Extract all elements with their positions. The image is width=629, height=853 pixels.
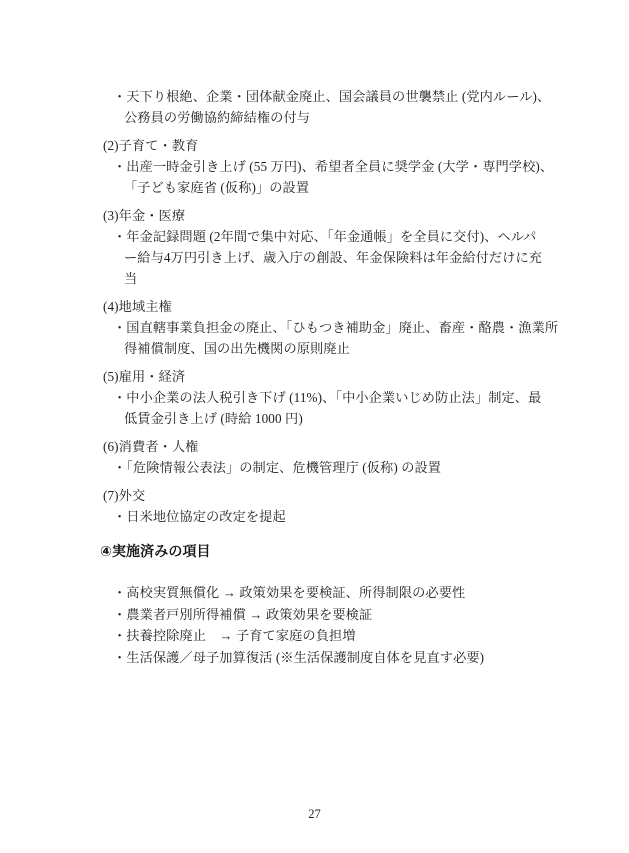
section-continued: ・天下り根絶、企業・団体献金廃止、国会議員の世襲禁止 (党内ルール)、 公務員の…: [103, 86, 573, 128]
section-regional-sovereignty: (4)地域主権 ・国直轄事業負担金の廃止、「ひもつき補助金」廃止、畜産・酪農・漁…: [103, 296, 573, 359]
section-employment-economy: (5)雇用・経済 ・中小企業の法人税引き下げ (11%)、「中小企業いじめ防止法…: [103, 366, 573, 429]
bullet-line: ・出産一時金引き上げ (55 万円)、希望者全員に奨学金 (大学・専門学校)、: [113, 156, 573, 177]
section-header: (2)子育て・教育: [103, 135, 573, 156]
section-pension-medical: (3)年金・医療 ・年金記録問題 (2年間で集中対応、「年金通帳」を全員に交付)…: [103, 205, 573, 289]
bullet-line-continuation: 「子ども家庭省 (仮称)」の設置: [124, 177, 573, 198]
section-header: (3)年金・医療: [103, 205, 573, 226]
bullet-line-continuation: ー給与4万円引き上げ、歳入庁の創設、年金保険料は年金給付だけに充: [124, 247, 573, 268]
bullet-line-continuation: 得補償制度、国の出先機関の原則廃止: [124, 338, 573, 359]
section-header: (6)消費者・人権: [103, 436, 573, 457]
implemented-items-list: ・高校実質無償化 → 政策効果を要検証、所得制限の必要性 ・農業者戸別所得補償 …: [103, 582, 573, 668]
implemented-item: ・高校実質無償化 → 政策効果を要検証、所得制限の必要性: [113, 582, 573, 604]
section-header: (5)雇用・経済: [103, 366, 573, 387]
bullet-line-continuation: 低賃金引き上げ (時給 1000 円): [124, 408, 573, 429]
implemented-items-heading: ④実施済みの項目: [100, 541, 573, 561]
bullet-line: ・天下り根絶、企業・団体献金廃止、国会議員の世襲禁止 (党内ルール)、: [113, 86, 573, 107]
bullet-line-continuation: 公務員の労働協約締結権の付与: [124, 107, 573, 128]
section-header: (7)外交: [103, 485, 573, 506]
bullet-line: ・「危険情報公表法」の制定、危機管理庁 (仮称) の設置: [113, 457, 573, 478]
document-body: ・天下り根絶、企業・団体献金廃止、国会議員の世襲禁止 (党内ルール)、 公務員の…: [103, 86, 573, 668]
section-childcare-education: (2)子育て・教育 ・出産一時金引き上げ (55 万円)、希望者全員に奨学金 (…: [103, 135, 573, 198]
pdf-page: ・天下り根絶、企業・団体献金廃止、国会議員の世襲禁止 (党内ルール)、 公務員の…: [0, 0, 629, 853]
implemented-item: ・生活保護／母子加算復活 (※生活保護制度自体を見直す必要): [113, 647, 573, 669]
section-diplomacy: (7)外交 ・日米地位協定の改定を提起: [103, 485, 573, 527]
page-number: 27: [0, 807, 629, 822]
implemented-item: ・農業者戸別所得補償 → 政策効果を要検証: [113, 604, 573, 626]
section-consumer-rights: (6)消費者・人権 ・「危険情報公表法」の制定、危機管理庁 (仮称) の設置: [103, 436, 573, 478]
bullet-line-continuation: 当: [124, 268, 573, 289]
bullet-line: ・中小企業の法人税引き下げ (11%)、「中小企業いじめ防止法」制定、最: [113, 387, 573, 408]
bullet-line: ・日米地位協定の改定を提起: [113, 506, 573, 527]
section-header: (4)地域主権: [103, 296, 573, 317]
bullet-line: ・国直轄事業負担金の廃止、「ひもつき補助金」廃止、畜産・酪農・漁業所: [113, 317, 573, 338]
bullet-line: ・年金記録問題 (2年間で集中対応、「年金通帳」を全員に交付)、ヘルパ: [113, 226, 573, 247]
implemented-item: ・扶養控除廃止 → 子育て家庭の負担増: [113, 625, 573, 647]
